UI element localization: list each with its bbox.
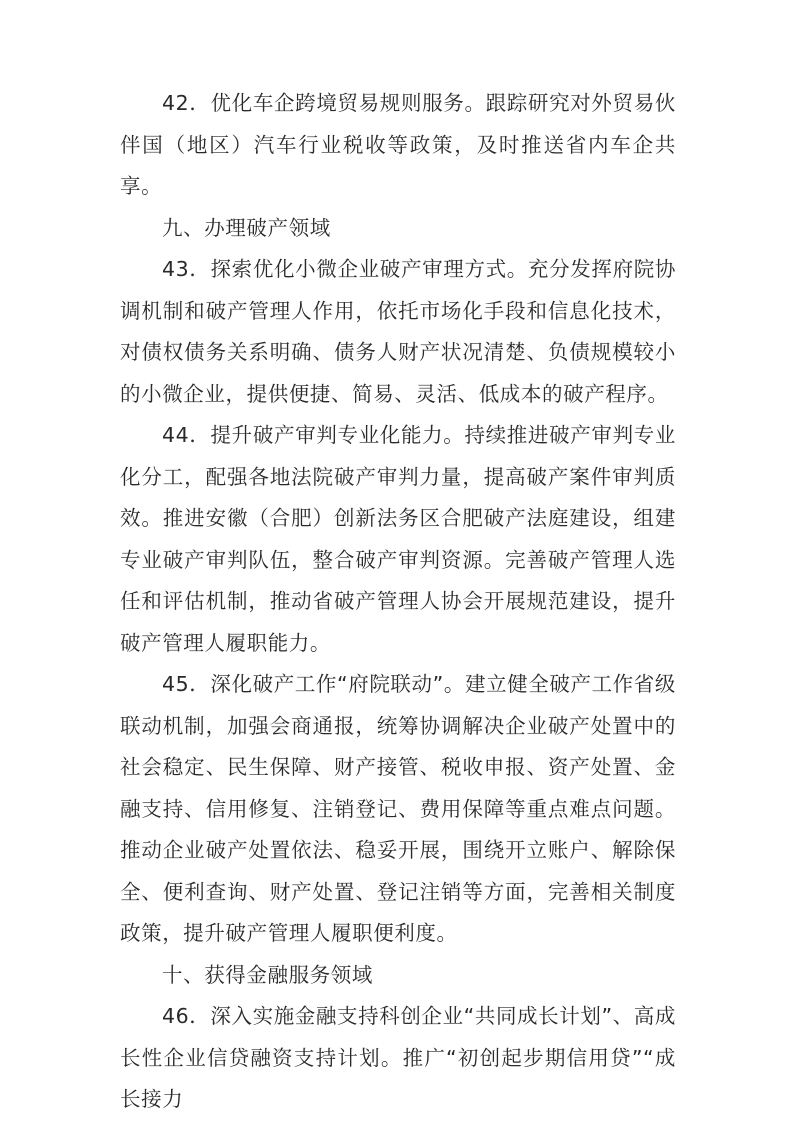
paragraph-item-45: 45．深化破产工作“府院联动”。建立健全破产工作省级联动机制，加强会商通报，统筹…: [120, 664, 676, 955]
section-heading-bankruptcy: 九、办理破产领域: [120, 208, 676, 250]
section-heading-financial-services: 十、获得金融服务领域: [120, 955, 676, 997]
paragraph-item-44: 44．提升破产审判专业化能力。持续推进破产审判专业化分工，配强各地法院破产审判力…: [120, 415, 676, 664]
paragraph-item-46: 46．深入实施金融支持科创企业“共同成长计划”、高成长性企业信贷融资支持计划。推…: [120, 996, 676, 1121]
paragraph-item-43: 43．探索优化小微企业破产审理方式。充分发挥府院协调机制和破产管理人作用，依托市…: [120, 249, 676, 415]
document-page: 42．优化车企跨境贸易规则服务。跟踪研究对外贸易伙伴国（地区）汽车行业税收等政策…: [120, 83, 676, 1121]
paragraph-item-42: 42．优化车企跨境贸易规则服务。跟踪研究对外贸易伙伴国（地区）汽车行业税收等政策…: [120, 83, 676, 208]
